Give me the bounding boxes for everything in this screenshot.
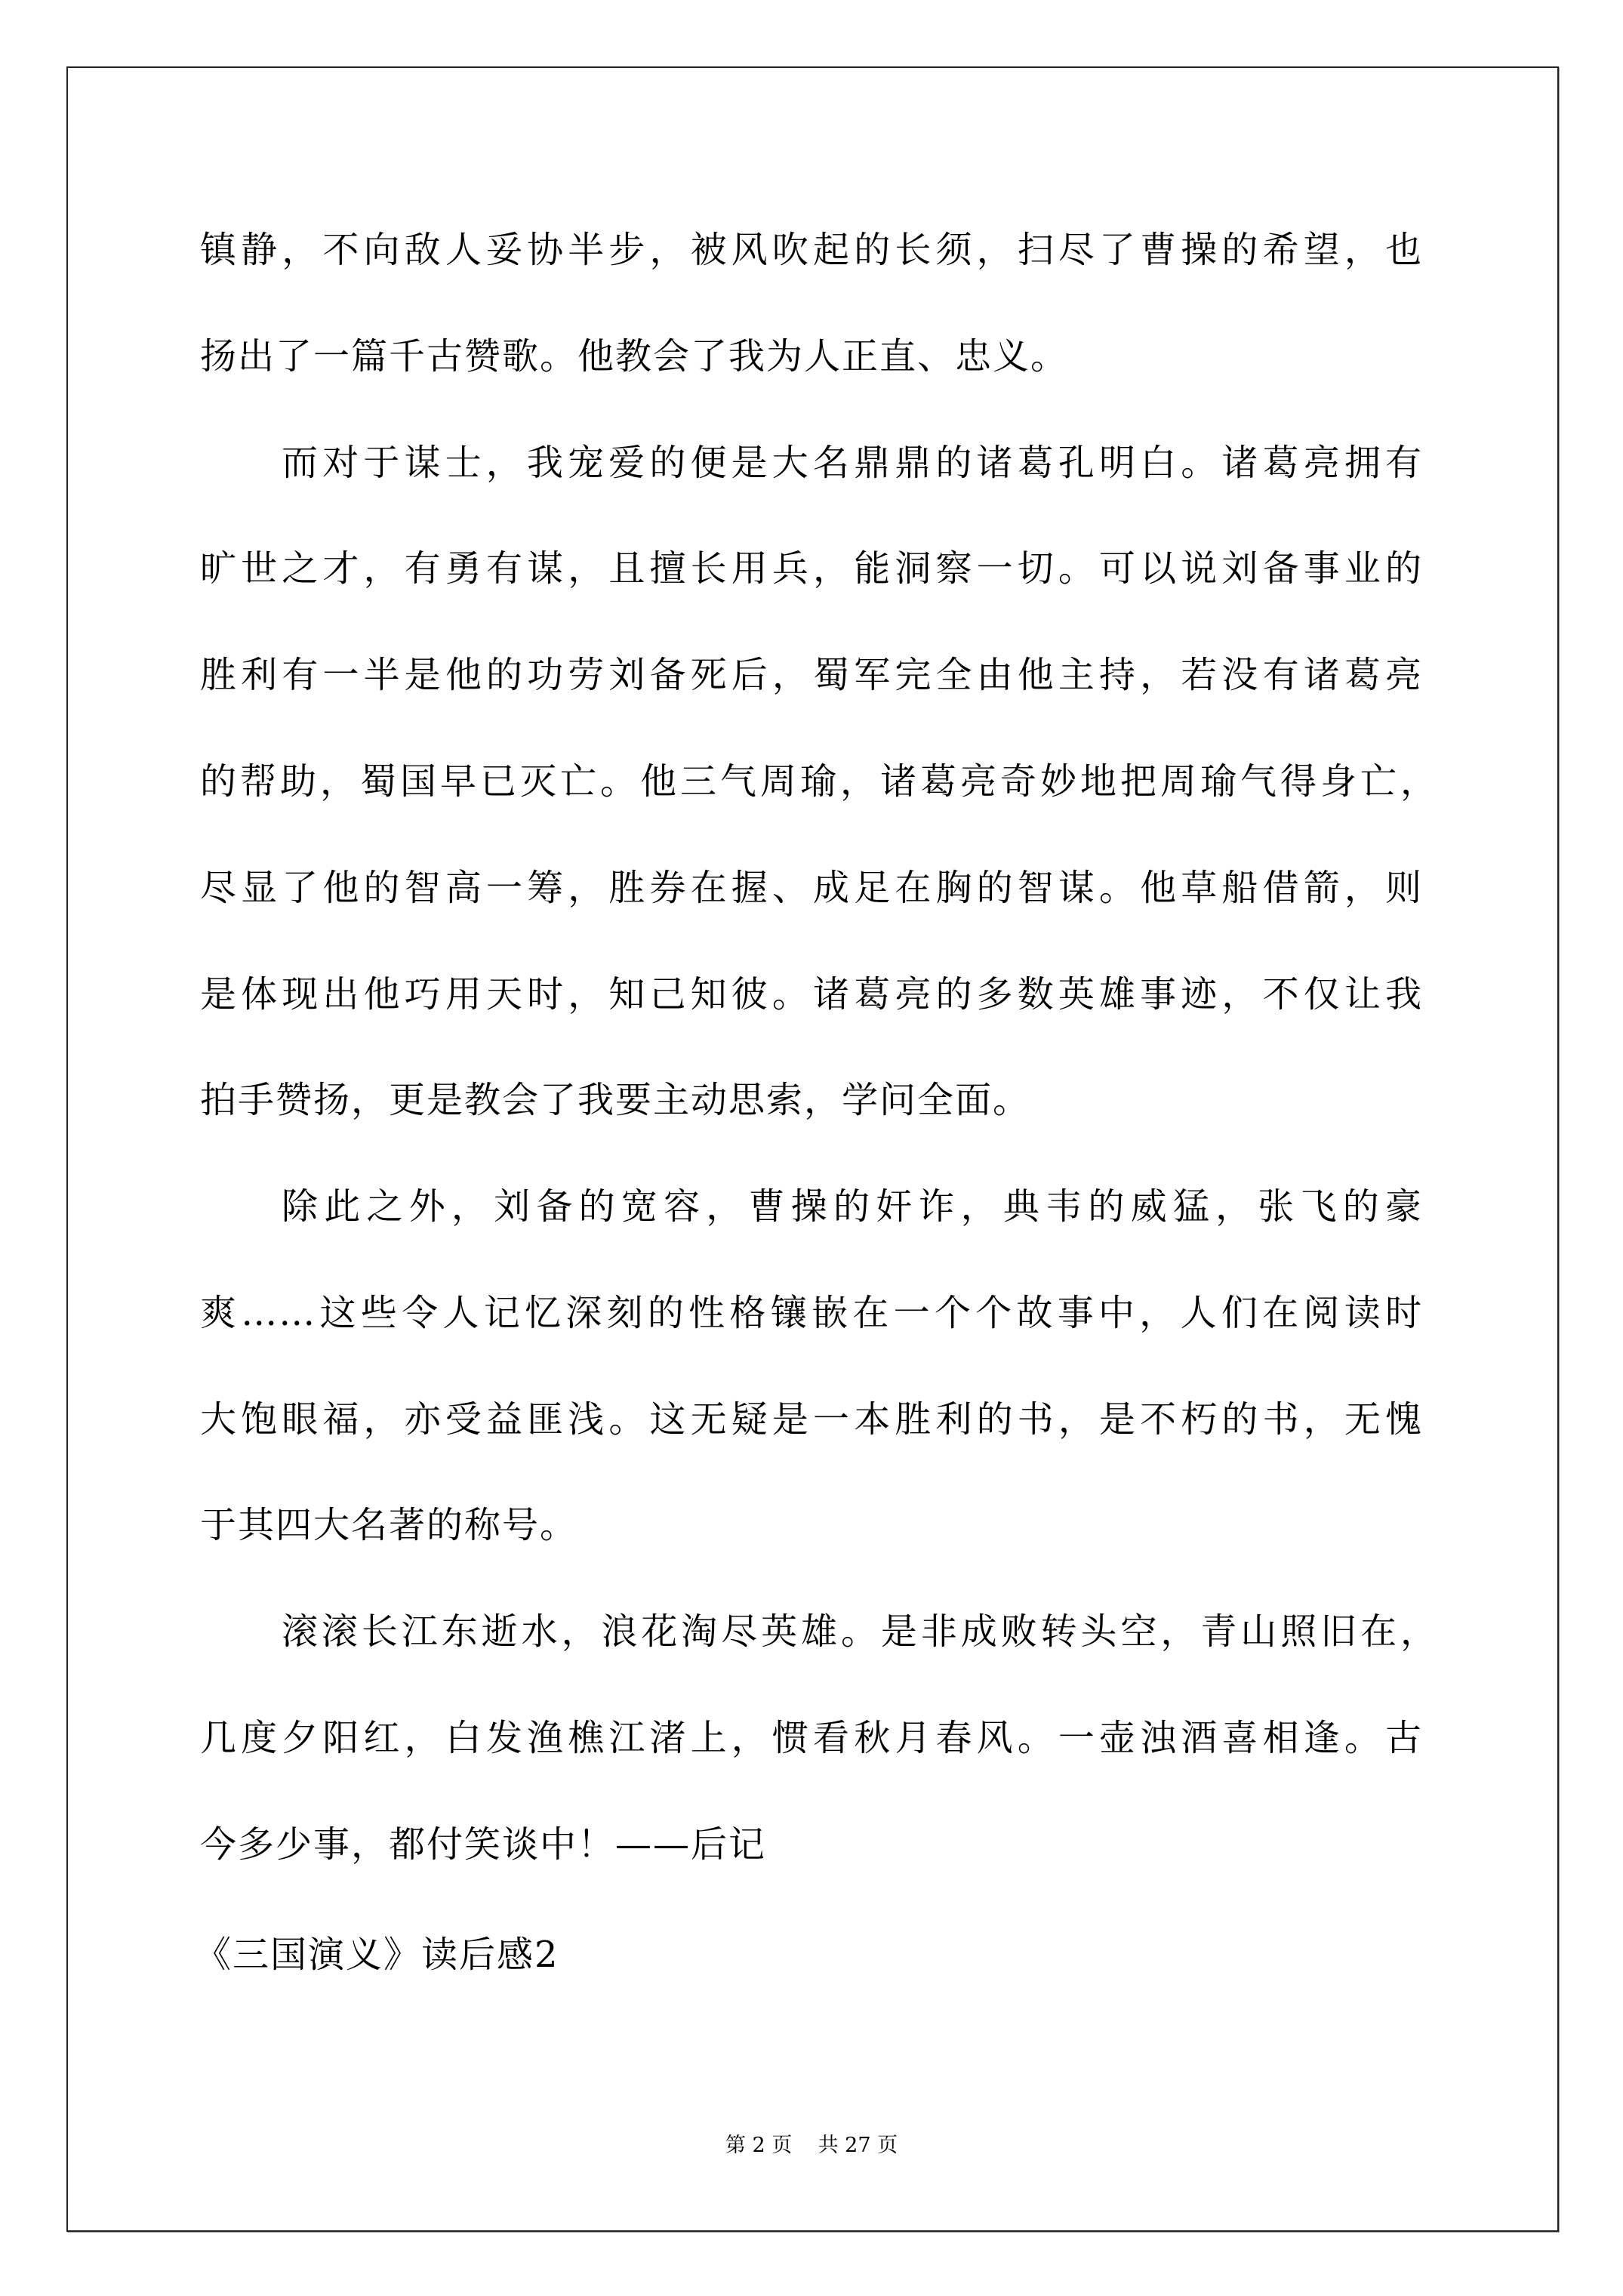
page-border xyxy=(66,66,1559,2232)
body-line-11: 爽……这些令人记忆深刻的性格镶嵌在一个个故事中，人们在阅读时 xyxy=(200,1290,1423,1336)
body-line-1: 镇静，不向敌人妥协半步，被风吹起的长须，扫尽了曹操的希望，也 xyxy=(200,227,1423,273)
body-line-9: 拍手赞扬，更是教会了我要主动思索，学问全面。 xyxy=(200,1077,1423,1123)
page-number-footer: 第 2 页 共 27 页 xyxy=(0,2132,1623,2159)
body-line-5: 胜利有一半是他的功劳刘备死后，蜀军完全由他主持，若没有诸葛亮 xyxy=(200,652,1423,698)
body-line-12: 大饱眼福，亦受益匪浅。这无疑是一本胜利的书，是不朽的书，无愧 xyxy=(200,1397,1423,1442)
body-line-7: 尽显了他的智高一筹，胜券在握、成足在胸的智谋。他草船借箭，则 xyxy=(200,865,1423,911)
body-line-14: 滚滚长江东逝水，浪花淘尽英雄。是非成败转头空，青山照旧在， xyxy=(282,1609,1438,1654)
body-line-6: 的帮助，蜀国早已灭亡。他三气周瑜，诸葛亮奇妙地把周瑜气得身亡， xyxy=(200,759,1438,804)
body-line-10: 除此之外，刘备的宽容，曹操的奸诈，典韦的威猛，张飞的豪 xyxy=(282,1184,1423,1229)
body-line-3: 而对于谋士，我宠爱的便是大名鼎鼎的诸葛孔明白。诸葛亮拥有 xyxy=(282,440,1423,485)
body-line-4: 旷世之才，有勇有谋，且擅长用兵，能洞察一切。可以说刘备事业的 xyxy=(200,546,1423,591)
body-line-16: 今多少事，都付笑谈中！——后记 xyxy=(200,1822,1423,1867)
body-line-8: 是体现出他巧用天时，知己知彼。诸葛亮的多数英雄事迹，不仅让我 xyxy=(200,972,1423,1017)
body-line-15: 几度夕阳红，白发渔樵江渚上，惯看秋月春风。一壶浊酒喜相逢。古 xyxy=(200,1715,1423,1761)
body-line-2: 扬出了一篇千古赞歌。他教会了我为人正直、忠义。 xyxy=(200,334,1423,379)
section-heading: 《三国演义》读后感2 xyxy=(195,1932,559,1977)
body-line-13: 于其四大名著的称号。 xyxy=(200,1502,1423,1548)
